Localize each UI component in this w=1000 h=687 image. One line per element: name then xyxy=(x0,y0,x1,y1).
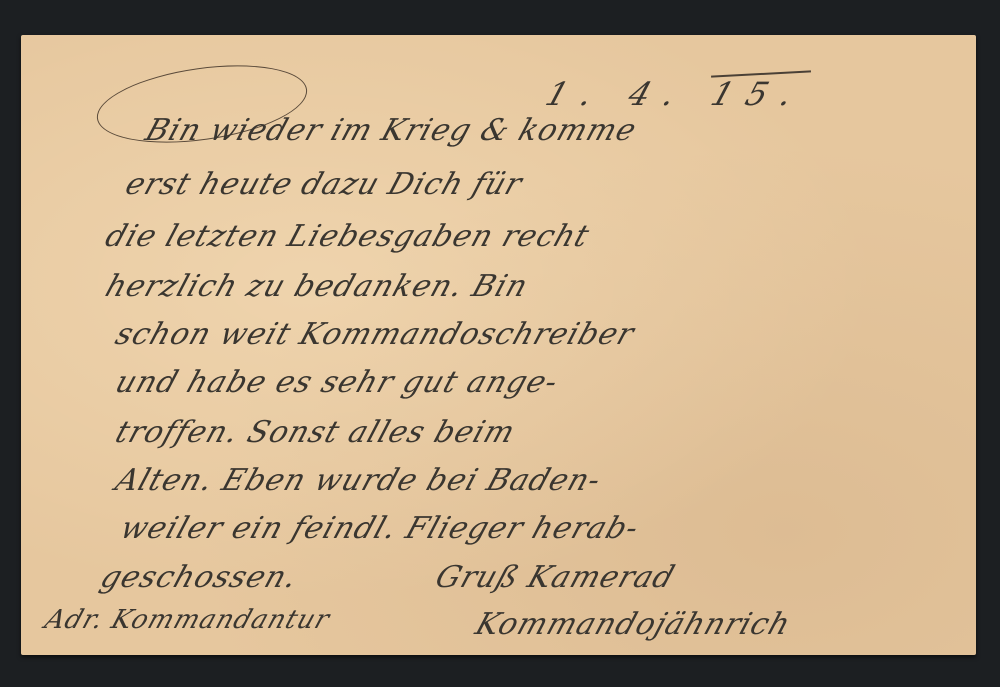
text-line-2: erst heute dazu Dich für xyxy=(121,167,527,202)
signature-right: Kommandojähnrich xyxy=(471,607,795,642)
text-line-8: Alten. Eben wurde bei Baden- xyxy=(111,463,606,498)
text-line-10: geschossen. xyxy=(96,560,302,595)
postcard: 1. 4. 15. Bin wieder im Krieg & komme er… xyxy=(21,35,976,655)
text-line-7: troffen. Sonst alles beim xyxy=(111,415,520,450)
date: 1. 4. 15. xyxy=(541,75,812,113)
text-line-6: und habe es sehr gut ange- xyxy=(111,365,563,400)
text-line-1: Bin wieder im Krieg & komme xyxy=(141,113,641,148)
closing: Gruß Kamerad xyxy=(431,560,680,595)
text-line-3: die letzten Liebesgaben recht xyxy=(101,219,594,254)
signature-left: Adr. Kommandantur xyxy=(41,605,334,635)
text-line-5: schon weit Kommandoschreiber xyxy=(111,317,639,352)
text-line-9: weiler ein feindl. Flieger herab- xyxy=(116,511,644,546)
text-line-4: herzlich zu bedanken. Bin xyxy=(101,269,533,304)
